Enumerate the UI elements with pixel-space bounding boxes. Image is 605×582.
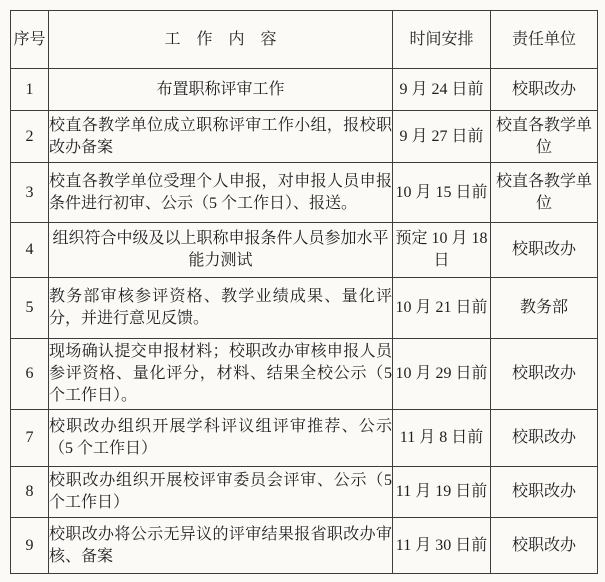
row-responsible-unit: 校职改办 <box>491 69 598 111</box>
table-body: 1 布置职称评审工作 9 月 24 日前 校职改办 2 校直各教学单位成立职称评… <box>11 69 598 574</box>
table-row: 2 校直各教学单位成立职称评审工作小组，报校职改办备案 9 月 27 日前 校直… <box>11 111 598 163</box>
row-serial-number: 8 <box>11 467 49 518</box>
table-row: 1 布置职称评审工作 9 月 24 日前 校职改办 <box>11 69 598 111</box>
row-serial-number: 9 <box>11 518 49 574</box>
row-serial-number: 5 <box>11 278 49 339</box>
row-time-arrangement: 预定 10 月 18 日 <box>393 223 491 278</box>
row-time-arrangement: 11 月 8 日前 <box>393 410 491 467</box>
row-serial-number: 7 <box>11 410 49 467</box>
table-row: 3 校直各教学单位受理个人申报，对申报人员申报条件进行初审、公示（5 个工作日）… <box>11 163 598 223</box>
table-row: 7 校职改办组织开展学科评议组评审推荐、公示（5 个工作日） 11 月 8 日前… <box>11 410 598 467</box>
table-row: 4 组织符合中级及以上职称申报条件人员参加水平能力测试 预定 10 月 18 日… <box>11 223 598 278</box>
row-work-content: 教务部审核参评资格、教学业绩成果、量化评分，并进行意见反馈。 <box>49 278 393 339</box>
row-work-content: 校直各教学单位成立职称评审工作小组，报校职改办备案 <box>49 111 393 163</box>
table-row: 6 现场确认提交申报材料；校职改办审核申报人员参评资格、量化评分，材料、结果全校… <box>11 339 598 410</box>
header-serial-number: 序号 <box>11 11 49 69</box>
header-responsible-unit: 责任单位 <box>491 11 598 69</box>
document-page: 序号 工 作 内 容 时间安排 责任单位 1 布置职称评审工作 9 月 24 日… <box>0 0 605 582</box>
row-serial-number: 1 <box>11 69 49 111</box>
row-time-arrangement: 10 月 15 日前 <box>393 163 491 223</box>
row-work-content: 布置职称评审工作 <box>49 69 393 111</box>
row-responsible-unit: 校职改办 <box>491 223 598 278</box>
row-work-content: 校职改办组织开展学科评议组评审推荐、公示（5 个工作日） <box>49 410 393 467</box>
row-serial-number: 2 <box>11 111 49 163</box>
row-time-arrangement: 10 月 29 日前 <box>393 339 491 410</box>
header-row: 序号 工 作 内 容 时间安排 责任单位 <box>11 11 598 69</box>
row-serial-number: 6 <box>11 339 49 410</box>
row-responsible-unit: 校职改办 <box>491 339 598 410</box>
row-work-content: 校直各教学单位受理个人申报，对申报人员申报条件进行初审、公示（5 个工作日）、报… <box>49 163 393 223</box>
row-responsible-unit: 教务部 <box>491 278 598 339</box>
row-serial-number: 3 <box>11 163 49 223</box>
row-time-arrangement: 11 月 19 日前 <box>393 467 491 518</box>
table-row: 5 教务部审核参评资格、教学业绩成果、量化评分，并进行意见反馈。 10 月 21… <box>11 278 598 339</box>
table-row: 9 校职改办将公示无异议的评审结果报省职改办审核、备案 11 月 30 日前 校… <box>11 518 598 574</box>
row-time-arrangement: 9 月 27 日前 <box>393 111 491 163</box>
row-responsible-unit: 校职改办 <box>491 410 598 467</box>
row-time-arrangement: 9 月 24 日前 <box>393 69 491 111</box>
row-responsible-unit: 校职改办 <box>491 467 598 518</box>
schedule-table: 序号 工 作 内 容 时间安排 责任单位 1 布置职称评审工作 9 月 24 日… <box>10 10 598 574</box>
row-work-content: 组织符合中级及以上职称申报条件人员参加水平能力测试 <box>49 223 393 278</box>
row-time-arrangement: 10 月 21 日前 <box>393 278 491 339</box>
table-row: 8 校职改办组织开展校评审委员会评审、公示（5 个工作日） 11 月 19 日前… <box>11 467 598 518</box>
row-time-arrangement: 11 月 30 日前 <box>393 518 491 574</box>
row-serial-number: 4 <box>11 223 49 278</box>
row-work-content: 现场确认提交申报材料；校职改办审核申报人员参评资格、量化评分，材料、结果全校公示… <box>49 339 393 410</box>
header-time-arrangement: 时间安排 <box>393 11 491 69</box>
row-responsible-unit: 校直各教学单位 <box>491 111 598 163</box>
header-work-content: 工 作 内 容 <box>49 11 393 69</box>
row-responsible-unit: 校职改办 <box>491 518 598 574</box>
row-work-content: 校职改办组织开展校评审委员会评审、公示（5 个工作日） <box>49 467 393 518</box>
row-work-content: 校职改办将公示无异议的评审结果报省职改办审核、备案 <box>49 518 393 574</box>
row-responsible-unit: 校直各教学单位 <box>491 163 598 223</box>
